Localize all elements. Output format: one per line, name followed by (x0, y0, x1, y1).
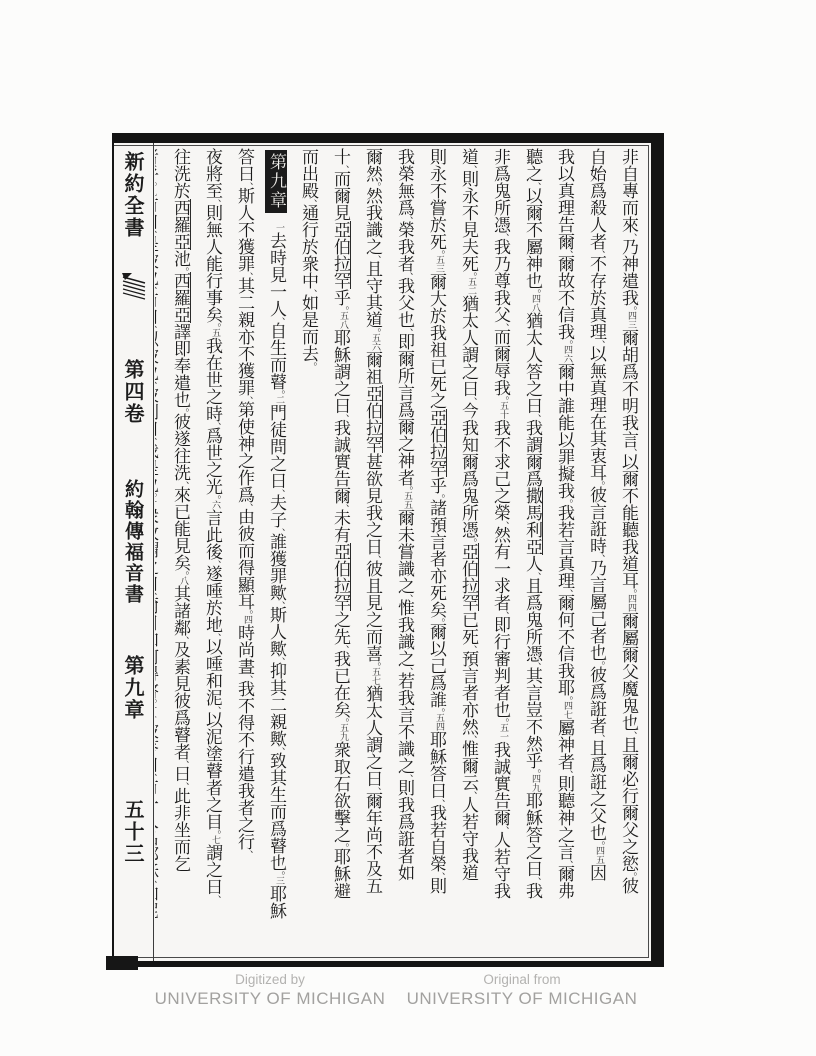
punctuation-mark: 、 (360, 555, 389, 560)
verse-number: 八 (178, 576, 188, 585)
punctuation-mark: 、 (155, 880, 165, 885)
punctuation-mark: 、 (155, 773, 165, 778)
chapter-label: 第九章 (119, 655, 148, 721)
verse-number: 四三 (626, 311, 636, 329)
bottom-left-corner-mark (106, 956, 138, 970)
punctuation-mark: 、 (155, 286, 165, 291)
punctuation-mark: 、 (264, 747, 293, 752)
verse-number: 十一 (155, 704, 156, 722)
volume-label: 第四卷 (119, 359, 148, 425)
punctuation-mark: 、 (232, 503, 261, 508)
punctuation-mark: 、 (200, 199, 229, 204)
punctuation-mark: 、 (392, 272, 421, 277)
punctuation-mark: 、 (488, 611, 517, 616)
text-column: 聽之、以爾不屬神也。四八猶太人答之曰、我謂爾爲撒馬利亞人、且爲鬼所憑、其言豈不然… (517, 148, 549, 956)
text-column: 答曰、斯人不獲罪、其二親亦不獲罪、第使神之作爲、由彼而得顯耳。四時尚晝、我不得不… (229, 148, 261, 956)
punctuation-mark: 、 (264, 489, 293, 494)
punctuation-mark: 、 (520, 414, 549, 419)
punctuation-mark: 、 (392, 667, 421, 672)
verse-number: 四九 (530, 774, 540, 792)
text-column: 道、則永不見夫死。五二猶太人謂之曰、今我知爾爲鬼所憑。亞伯拉罕已死、預言者亦然、… (453, 148, 485, 956)
punctuation-mark: 、 (264, 528, 293, 533)
proper-name: 西羅亞 (170, 272, 191, 323)
punctuation-mark: 。 (360, 182, 389, 187)
digitized-org: UNIVERSITY OF MICHIGAN (140, 989, 400, 1009)
punctuation-mark: 、 (328, 504, 357, 509)
punctuation-mark: 、 (616, 448, 645, 453)
punctuation-mark: 、 (264, 657, 293, 662)
page-number: 五十三 (119, 799, 148, 865)
punctuation-mark: 、 (616, 731, 645, 736)
verse-number: 五六 (370, 333, 380, 351)
verse-number: 五九 (338, 723, 348, 741)
punctuation-mark: 。 (424, 618, 453, 623)
original-from-label: Original from (392, 972, 652, 987)
verse-number: 七 (210, 835, 220, 844)
punctuation-mark: 、 (200, 422, 229, 427)
punctuation-mark: 、 (520, 877, 549, 882)
punctuation-mark: 、 (552, 860, 581, 865)
punctuation-mark: 。 (584, 481, 613, 486)
punctuation-mark: 、 (200, 706, 229, 711)
punctuation-mark: 、 (584, 340, 613, 345)
punctuation-mark: 、 (456, 645, 485, 650)
punctuation-mark: 、 (552, 589, 581, 594)
verse-number: 三 (274, 876, 284, 885)
punctuation-mark: 、 (584, 734, 613, 739)
verse-number: 九 (155, 187, 156, 196)
verse-number: 四六 (562, 345, 572, 363)
verse-number: 四八 (530, 294, 540, 312)
verse-number: 五七 (370, 667, 380, 685)
text-column: 自始爲殺人者、不存於真理、以無真理在其衷耳。彼言誑時、乃言屬己者也。彼爲誑者、且… (581, 148, 613, 956)
punctuation-mark: 。 (424, 494, 453, 499)
proper-name: 亞伯拉罕 (362, 385, 383, 453)
verse-number: 五八 (338, 311, 348, 329)
verse-number: 四四 (626, 594, 636, 612)
punctuation-mark: 。 (296, 362, 325, 367)
verse-number: 十 (155, 498, 156, 507)
verse-number: 五三 (434, 255, 444, 273)
verse-number: 五二 (466, 277, 476, 295)
text-column: 夜將至、則無人能行事矣。五我在世之時、爲世之光。六言此後、遂唾於地、以唾和泥、以… (197, 148, 229, 956)
punctuation-mark: 、 (552, 250, 581, 255)
punctuation-mark: 、 (168, 782, 197, 787)
verse-number: 四 (242, 615, 252, 624)
punctuation-mark: 、 (392, 216, 421, 221)
text-column: 非自專而來、乃神遣我。四三爾胡爲不明我言、以爾不能聽我道耳。四四爾屬爾父魔鬼也、… (613, 148, 645, 956)
verse-number: 四七 (562, 701, 572, 719)
digitized-by-label: Digitized by (140, 972, 400, 987)
footer-original: Original from UNIVERSITY OF MICHIGAN (392, 972, 652, 1009)
punctuation-mark: 、 (456, 165, 485, 170)
punctuation-mark: 、 (232, 675, 261, 680)
punctuation-mark: 、 (584, 554, 613, 559)
punctuation-mark: 、 (488, 323, 517, 328)
verse-number: 五 (210, 328, 220, 337)
text-column: 往洗於西羅亞池。西羅亞譯即奉遣也。彼遂往洗、來已能見矣。八其諸鄰、及素見彼爲瞽者… (165, 148, 197, 956)
punctuation-mark: 。 (168, 408, 197, 413)
punctuation-mark: 、 (456, 397, 485, 402)
punctuation-mark: 、 (520, 662, 549, 667)
punctuation-mark: 、 (232, 396, 261, 401)
footer-digitized: Digitized by UNIVERSITY OF MICHIGAN (140, 972, 400, 1009)
punctuation-mark: 。 (328, 843, 357, 848)
punctuation-mark: 、 (232, 182, 261, 187)
text-column: 者乎。九有曰、是彼也、有曰、似彼也、彼則曰、我是也。十衆故謂之曰、爾目如何得啓。… (155, 148, 165, 956)
punctuation-mark: 、 (424, 799, 453, 804)
verse-number: 四五 (594, 846, 604, 864)
punctuation-mark: 、 (296, 289, 325, 294)
punctuation-mark: 、 (155, 592, 165, 597)
proper-name: 亞伯拉罕 (426, 409, 447, 477)
punctuation-mark: 、 (360, 787, 389, 792)
chapter-heading-box: 第九章 (265, 150, 287, 213)
punctuation-mark: 、 (392, 774, 421, 779)
punctuation-mark: 、 (155, 230, 165, 235)
punctuation-mark: 、 (392, 328, 421, 333)
punctuation-mark: 。 (155, 182, 165, 187)
margin-strip: 新約全書 第四卷 約翰傳福音書 第九章 五十三 (114, 143, 154, 961)
punctuation-mark: 、 (424, 872, 453, 877)
proper-name: 西羅亞 (170, 199, 191, 250)
proper-name: 撒馬利亞 (522, 487, 543, 555)
punctuation-mark: 、 (456, 735, 485, 740)
punctuation-mark: 、 (360, 255, 389, 260)
punctuation-mark: 、 (488, 233, 517, 238)
text-column: 爾然。然我識之、且守其道。五六爾祖亞伯拉罕甚欲見我之日、彼且見之而喜。五七猶太人… (357, 148, 389, 956)
section-hatch-mark-icon (121, 271, 147, 305)
punctuation-mark: 、 (168, 481, 197, 486)
punctuation-mark: 、 (584, 250, 613, 255)
punctuation-mark: 、 (328, 165, 357, 170)
punctuation-mark: 、 (328, 645, 357, 650)
text-column: 十、而爾見亞伯拉罕乎。五八耶穌謂之曰、我誠實告爾、未有亞伯拉罕之先、我已在矣。五… (325, 148, 357, 956)
punctuation-mark: 、 (168, 760, 197, 765)
punctuation-mark: 、 (456, 791, 485, 796)
punctuation-mark: 、 (200, 560, 229, 565)
verse-number: 五一 (498, 723, 508, 741)
punctuation-mark: 、 (232, 272, 261, 277)
punctuation-mark: 、 (328, 414, 357, 419)
series-title: 新約全書 (119, 151, 148, 239)
proper-name: 亞伯拉罕 (330, 221, 351, 289)
text-column: 非爲鬼所憑、我乃尊我父、而爾辱我。五十我不求己之榮、然有一求者、即行審判者也。五… (485, 148, 517, 956)
punctuation-mark: 、 (296, 199, 325, 204)
punctuation-mark: 、 (488, 826, 517, 831)
text-column: 我以真理告爾、爾故不信我。四六爾中誰能以罪擬我。我若言真理、爾何不信我耶。四七屬… (549, 148, 581, 956)
punctuation-mark: 、 (264, 601, 293, 606)
book-title: 約翰傳福音書 (120, 479, 147, 605)
punctuation-mark: 、 (520, 572, 549, 577)
text-column: 則永不嘗於死。五三爾大於我祖已死之亞伯拉罕乎。諸預言者亦死矣。爾以己爲誰。五四耶… (421, 148, 453, 956)
punctuation-mark: 。 (155, 699, 165, 704)
punctuation-mark: 、 (200, 895, 229, 900)
punctuation-mark: 、 (155, 437, 165, 442)
page-border-frame: 新約全書 第四卷 約翰傳福音書 第九章 五十三 非自專而來、乃神遣我。四三爾胡爲… (112, 133, 664, 967)
proper-name: 亞伯拉罕 (458, 543, 479, 611)
text-column: 我榮無爲、榮我者、我父也、即爾所言爲爾之神者。五五爾未嘗識之、惟我識之、若我言不… (389, 148, 421, 956)
text-column: 而出殿、通行於衆中、如是而去。 (293, 148, 325, 956)
punctuation-mark: 。 (584, 661, 613, 666)
text-column: 第九章一去時見一人、自生而瞽。二門徒問之曰、夫子、誰獲罪歟、斯人歟、抑其二親歟、… (261, 148, 293, 956)
punctuation-mark: 、 (232, 850, 261, 855)
original-org: UNIVERSITY OF MICHIGAN (392, 989, 652, 1009)
verse-number: 五五 (402, 491, 412, 509)
punctuation-mark: 、 (616, 233, 645, 238)
text-columns: 非自專而來、乃神遣我。四三爾胡爲不明我言、以爾不能聽我道耳。四四爾屬爾父魔鬼也、… (155, 148, 645, 956)
verse-number: 六 (210, 500, 220, 509)
punctuation-mark: 、 (200, 633, 229, 638)
scanned-page: 新約全書 第四卷 約翰傳福音書 第九章 五十三 非自專而來、乃神遣我。四三爾胡爲… (0, 0, 816, 1056)
punctuation-mark: 、 (488, 521, 517, 526)
punctuation-mark: 。 (616, 872, 645, 877)
verse-number: 五四 (434, 713, 444, 731)
verse-number: 五十 (498, 401, 508, 419)
punctuation-mark: 、 (168, 636, 197, 641)
punctuation-mark: 、 (520, 182, 549, 187)
punctuation-mark: 。 (552, 499, 581, 504)
verse-number: 二 (274, 395, 284, 404)
verse-number: 一 (274, 223, 284, 232)
punctuation-mark: 、 (264, 317, 293, 322)
punctuation-mark: 、 (155, 381, 165, 386)
punctuation-mark: 、 (155, 325, 165, 330)
punctuation-mark: 、 (552, 770, 581, 775)
punctuation-mark: 、 (392, 594, 421, 599)
proper-name: 亞伯拉罕 (330, 543, 351, 611)
punctuation-mark: 。 (155, 493, 165, 498)
